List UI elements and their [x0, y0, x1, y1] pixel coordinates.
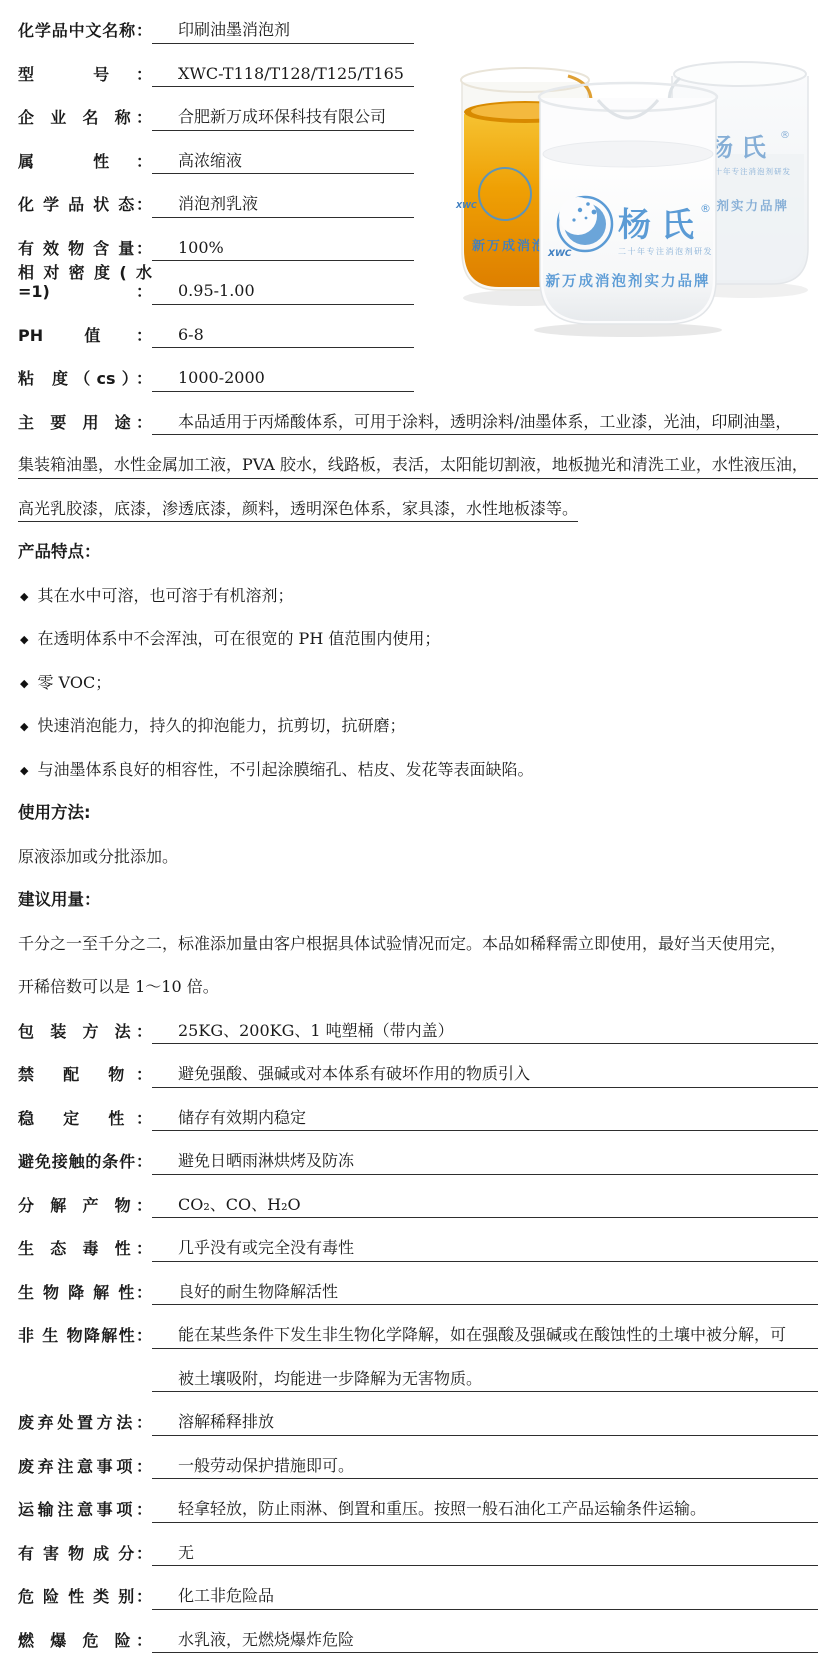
field-row: 稳 定 性：储存有效期内稳定 [18, 1088, 818, 1132]
field-row: 相对密度(水=1)：0.95-1.00 [18, 261, 414, 305]
field-label: 型 号： [18, 65, 152, 87]
document-page: 化学品中文名称：印刷油墨消泡剂 型 号：XWC-T118/T128/T125/T… [0, 0, 830, 1670]
field-row: 有 效 物 含 量：100% [18, 218, 414, 262]
field-value: 消泡剂乳液 [152, 194, 414, 217]
field-value: 几乎没有或完全没有毒性 [152, 1238, 818, 1261]
bullet-text: 零 VOC； [37, 673, 111, 692]
dosage-heading: 建议用量： [18, 870, 818, 914]
field-value: 一般劳动保护措施即可。 [152, 1456, 818, 1479]
center-research-text: 二十年专注消泡剂研发 [618, 246, 713, 256]
field-value: 合肥新万成环保科技有限公司 [152, 107, 414, 130]
product-photo: XWC 新万成消泡剂 杨氏 ® 二十年专注消泡剂研发 泡剂实力品牌 [450, 34, 818, 338]
field-row: 生 物 降 解 性：良好的耐生物降解活性 [18, 1262, 818, 1306]
diamond-bullet-icon: ◆ [20, 590, 28, 603]
diamond-bullet-icon: ◆ [20, 720, 28, 733]
field-label: 化学品中文名称： [18, 21, 152, 43]
center-xwc-text: XWC [547, 249, 572, 259]
main-use-line3: 高光乳胶漆，底漆，渗透底漆，颜料，透明深色体系，家具漆，水性地板漆等。 [18, 479, 818, 523]
bullet-text: 其在水中可溶，也可溶于有机溶剂； [37, 586, 293, 605]
right-reg-mark: ® [780, 130, 790, 141]
top-fields: 化学品中文名称：印刷油墨消泡剂 型 号：XWC-T118/T128/T125/T… [18, 0, 414, 392]
field-label: 避免接触的条件： [18, 1152, 152, 1174]
field-row: 属 性：高浓缩液 [18, 131, 414, 175]
field-value: 溶解稀释排放 [152, 1412, 818, 1435]
field-row: 分 解 产 物：CO₂、CO、H₂O [18, 1175, 818, 1219]
field-value: 本品适用于丙烯酸体系，可用于涂料，透明涂料/油墨体系，工业漆，光油，印刷油墨， [152, 412, 818, 435]
center-beaker: XWC 杨氏 ® 二十年专注消泡剂研发 新万成消泡剂实力品牌 [539, 83, 717, 324]
field-row: 危 险 性 类 别：化工非危险品 [18, 1566, 818, 1610]
field-row: 有 害 物 成 分：无 [18, 1523, 818, 1567]
beakers-illustration: XWC 新万成消泡剂 杨氏 ® 二十年专注消泡剂研发 泡剂实力品牌 [450, 34, 818, 338]
field-row: 废弃注意事项：一般劳动保护措施即可。 [18, 1436, 818, 1480]
field-row: PH 值：6-8 [18, 305, 414, 349]
field-value: 避免日晒雨淋烘烤及防冻 [152, 1151, 818, 1174]
field-row: 生 态 毒 性：几乎没有或完全没有毒性 [18, 1218, 818, 1262]
main-use-line1: 主 要 用 途： 本品适用于丙烯酸体系，可用于涂料，透明涂料/油墨体系，工业漆，… [18, 392, 818, 436]
feature-bullet: ◆在透明体系中不会浑浊，可在很宽的 PH 值范围内使用； [18, 609, 818, 653]
field-value: 100% [152, 238, 414, 261]
field-row: 型 号：XWC-T118/T128/T125/T165 [18, 44, 414, 88]
underlined-text: 被土壤吸附，均能进一步降解为无害物质。 [152, 1369, 818, 1392]
feature-bullet: ◆与油墨体系良好的相容性，不引起涂膜缩孔、桔皮、发花等表面缺陷。 [18, 740, 818, 784]
field-label: 非 生 物降解性： [18, 1326, 152, 1348]
field-row: 避免接触的条件：避免日晒雨淋烘烤及防冻 [18, 1131, 818, 1175]
top-section: 化学品中文名称：印刷油墨消泡剂 型 号：XWC-T118/T128/T125/T… [18, 0, 818, 392]
field-label: 属 性： [18, 152, 152, 174]
field-value: 轻拿轻放，防止雨淋、倒置和重压。按照一般石油化工产品运输条件运输。 [152, 1499, 818, 1522]
usage-heading: 使用方法: [18, 783, 818, 827]
bullet-text: 快速消泡能力，持久的抑泡能力，抗剪切，抗研磨； [37, 716, 405, 735]
field-value: 高浓缩液 [152, 151, 414, 174]
field-value: 良好的耐生物降解活性 [152, 1282, 818, 1305]
diamond-bullet-icon: ◆ [20, 633, 28, 646]
field-value: CO₂、CO、H₂O [152, 1195, 818, 1218]
moon-logo-icon [558, 197, 612, 251]
field-value: 水乳液，无燃烧爆炸危险 [152, 1630, 818, 1653]
field-label: 稳 定 性： [18, 1109, 152, 1131]
dosage-line: 千分之一至千分之二，标准添加量由客户根据具体试验情况而定。本品如稀释需立即使用，… [18, 914, 818, 958]
field-label: 有 效 物 含 量： [18, 239, 152, 261]
field-value: 无 [152, 1543, 818, 1566]
field-label: 废弃注意事项： [18, 1457, 152, 1479]
bullet-text: 与油墨体系良好的相容性，不引起涂膜缩孔、桔皮、发花等表面缺陷。 [37, 760, 533, 779]
left-xwc-text: XWC [455, 201, 477, 210]
field-label: 燃 爆 危 险： [18, 1631, 152, 1653]
dosage-line: 开稀倍数可以是 1～10 倍。 [18, 957, 818, 1001]
field-label: 相对密度(水=1)： [18, 263, 152, 304]
feature-bullet: ◆快速消泡能力，持久的抑泡能力，抗剪切，抗研磨； [18, 696, 818, 740]
center-reg-mark: ® [700, 202, 711, 215]
field-row: 化 学 品 状 态：消泡剂乳液 [18, 174, 414, 218]
field-value: 0.95-1.00 [152, 281, 414, 304]
nonbio-line2: 被土壤吸附，均能进一步降解为无害物质。 [18, 1349, 818, 1393]
field-row: 粘 度（cs）：1000-2000 [18, 348, 414, 392]
field-label: PH 值： [18, 326, 152, 348]
features-heading: 产品特点： [18, 522, 818, 566]
field-label: 危 险 性 类 别： [18, 1587, 152, 1609]
right-research-text: 二十年专注消泡剂研发 [706, 166, 791, 176]
field-label: 有 害 物 成 分： [18, 1544, 152, 1566]
shadow [534, 323, 722, 337]
field-value: 1000-2000 [152, 368, 414, 391]
field-row: 企 业 名 称：合肥新万成环保科技有限公司 [18, 87, 414, 131]
usage-text: 原液添加或分批添加。 [18, 827, 818, 871]
field-value: 能在某些条件下发生非生物化学降解，如在强酸及强碱或在酸蚀性的土壤中被分解，可 [152, 1325, 818, 1348]
field-row: 化学品中文名称：印刷油墨消泡剂 [18, 0, 414, 44]
field-row: 禁 配 物：避免强酸、强碱或对本体系有破坏作用的物质引入 [18, 1044, 818, 1088]
field-label: 化 学 品 状 态： [18, 195, 152, 217]
field-value: 6-8 [152, 325, 414, 348]
field-value: 化工非危险品 [152, 1586, 818, 1609]
field-label: 包 装 方 法： [18, 1022, 152, 1044]
field-value: XWC-T118/T128/T125/T165 [152, 64, 414, 87]
field-label: 主 要 用 途： [18, 413, 152, 435]
field-label: 禁 配 物： [18, 1065, 152, 1087]
right-brand-text: 杨氏 [708, 133, 774, 162]
nonbio-line1: 非 生 物降解性： 能在某些条件下发生非生物化学降解，如在强酸及强碱或在酸蚀性的… [18, 1305, 818, 1349]
field-row: 废弃处置方法：溶解稀释排放 [18, 1392, 818, 1436]
field-label: 运输注意事项： [18, 1500, 152, 1522]
center-brand-text: 杨氏 [618, 205, 704, 244]
field-row: 运输注意事项：轻拿轻放，防止雨淋、倒置和重压。按照一般石油化工产品运输条件运输。 [18, 1479, 818, 1523]
field-value: 印刷油墨消泡剂 [152, 20, 414, 43]
field-row: 包 装 方 法：25KG、200KG、1 吨塑桶（带内盖） [18, 1001, 818, 1045]
underlined-text: 集装箱油墨，水性金属加工液，PVA 胶水，线路板，表活，太阳能切割液，地板抛光和… [18, 455, 818, 478]
field-label: 生 物 降 解 性： [18, 1283, 152, 1305]
underlined-text: 高光乳胶漆，底漆，渗透底漆，颜料，透明深色体系，家具漆，水性地板漆等。 [18, 499, 578, 522]
diamond-bullet-icon: ◆ [20, 764, 28, 777]
field-label: 粘 度（cs）： [18, 369, 152, 391]
feature-bullet: ◆其在水中可溶，也可溶于有机溶剂； [18, 566, 818, 610]
bullet-text: 在透明体系中不会浑浊，可在很宽的 PH 值范围内使用； [37, 629, 440, 648]
field-label: 生 态 毒 性： [18, 1239, 152, 1261]
main-use-line2: 集装箱油墨，水性金属加工液，PVA 胶水，线路板，表活，太阳能切割液，地板抛光和… [18, 435, 818, 479]
field-value: 25KG、200KG、1 吨塑桶（带内盖） [152, 1021, 818, 1044]
field-label: 企 业 名 称： [18, 108, 152, 130]
center-tagline-text: 新万成消泡剂实力品牌 [546, 272, 711, 290]
field-value: 避免强酸、强碱或对本体系有破坏作用的物质引入 [152, 1064, 818, 1087]
field-label: 废弃处置方法： [18, 1413, 152, 1435]
diamond-bullet-icon: ◆ [20, 677, 28, 690]
field-label: 分 解 产 物： [18, 1196, 152, 1218]
feature-bullet: ◆零 VOC； [18, 653, 818, 697]
field-row: 燃 爆 危 险：水乳液，无燃烧爆炸危险 [18, 1610, 818, 1654]
field-value: 储存有效期内稳定 [152, 1108, 818, 1131]
